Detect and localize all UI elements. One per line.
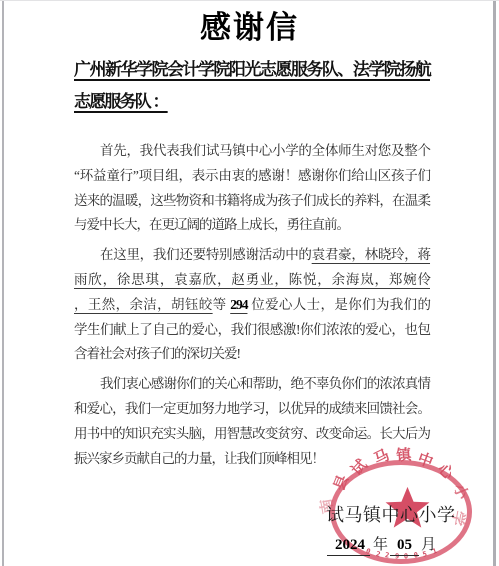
text-segment: “环益童行”项目组，表示由衷的感谢！感谢你们给山区孩子们 xyxy=(74,168,430,183)
text-segment: 我们衷心感谢你们的关心和帮助，绝不辜负你们的浓浓真情 xyxy=(100,376,430,391)
date-year-value: 2024 xyxy=(327,537,370,556)
underlined-text: ，王然，余洁，胡钰皎 xyxy=(74,297,213,312)
seal-arc-character: 镇 xyxy=(395,447,412,464)
text-segment: 首先，我代表我们试马镇中心小学的全体师生对您及整个 xyxy=(100,143,430,158)
salutation-line-1: 广州新华学院会计学院阳光志愿服务队、法学院扬航 xyxy=(74,54,430,86)
text-segment: 在这里，我们还要特别感谢活动中的 xyxy=(100,247,312,262)
text-segment: 送来的温暖，这些物资和书籍将成为孩子们成长的养料，在温柔 xyxy=(74,193,430,208)
letter-page: 感谢信 广州新华学院会计学院阳光志愿服务队、法学院扬航 志愿服务队 ： 首先，我… xyxy=(0,0,499,566)
underlined-text: 袁君豪，林晓玲，蒋 xyxy=(312,247,430,262)
text-segment: 学生们献上了自己的爱心，我们很感激!你们浓浓的爱心，也包 xyxy=(74,322,430,337)
paragraph-line: “环益童行”项目组，表示由衷的感谢！感谢你们给山区孩子们 xyxy=(74,164,430,189)
date-month-label: 月 xyxy=(421,537,436,553)
paragraph-line: 在这里，我们还要特别感谢活动中的袁君豪，林晓玲，蒋 xyxy=(74,243,430,268)
paragraph-line: 我们衷心感谢你们的关心和帮助，绝不辜负你们的浓浓真情 xyxy=(74,372,430,397)
page-left-edge xyxy=(2,0,4,566)
paragraph-line: 含着社会对孩子们的深切关爱! xyxy=(74,342,430,367)
paragraph-line: 首先，我代表我们试马镇中心小学的全体师生对您及整个 xyxy=(74,139,430,164)
paragraph-line: 和爱心，我们一定更加努力地学习，以优异的成绩来回馈社会。 xyxy=(74,397,430,422)
text-segment: 振兴家乡贡献自己的力量，让我们顶峰相见！ xyxy=(74,451,324,466)
salutation-line-2: 志愿服务队 ： xyxy=(74,86,430,118)
date-year-label: 年 xyxy=(373,537,388,553)
date-month-value: 05 xyxy=(390,537,419,556)
paragraph-line: 雨欣，徐思琪，袁嘉欣，赵勇业，陈悦，余海岚，郑婉伶 xyxy=(74,268,430,293)
page-right-edge xyxy=(493,0,496,566)
text-segment: 等 xyxy=(213,297,231,312)
page-top-edge xyxy=(0,0,499,1)
text-segment: 和爱心，我们一定更加努力地学习，以优异的成绩来回馈社会。 xyxy=(74,401,430,416)
text-segment: 含着社会对孩子们的深切关爱! xyxy=(74,346,240,361)
underlined-text: 雨欣，徐思琪，袁嘉欣，赵勇业，陈悦，余海岚，郑婉伶 xyxy=(74,272,430,287)
underlined-text: 294 xyxy=(230,297,247,312)
letter-body: 首先，我代表我们试马镇中心小学的全体师生对您及整个“环益童行”项目组，表示由衷的… xyxy=(74,139,430,471)
paragraph-line: 送来的温暖，这些物资和书籍将成为孩子们成长的养料，在温柔 xyxy=(74,189,430,214)
date-line: 2024年05月 xyxy=(327,533,436,556)
text-segment: 用书中的知识充实头脑，用智慧改变贫穷、改变命运。长大后为 xyxy=(74,426,430,441)
paragraph-line: 与爱中长大，在更辽阔的道路上成长，勇往直前。 xyxy=(74,213,430,238)
paragraph-line: ，王然，余洁，胡钰皎等 294 位爱心人士，是你们为我们的 xyxy=(74,293,430,318)
text-segment: 与爱中长大，在更辽阔的道路上成长，勇往直前。 xyxy=(74,217,349,232)
paragraph-line: 学生们献上了自己的爱心，我们很感激!你们浓浓的爱心，也包 xyxy=(74,318,430,343)
page-title: 感谢信 xyxy=(0,8,499,48)
school-signature: 试马镇中心小学 xyxy=(326,501,456,527)
salutation: 广州新华学院会计学院阳光志愿服务队、法学院扬航 志愿服务队 ： xyxy=(74,54,430,117)
paragraph-line: 用书中的知识充实头脑，用智慧改变贫穷、改变命运。长大后为 xyxy=(74,422,430,447)
text-segment: 位爱心人士，是你们为我们的 xyxy=(247,297,430,312)
